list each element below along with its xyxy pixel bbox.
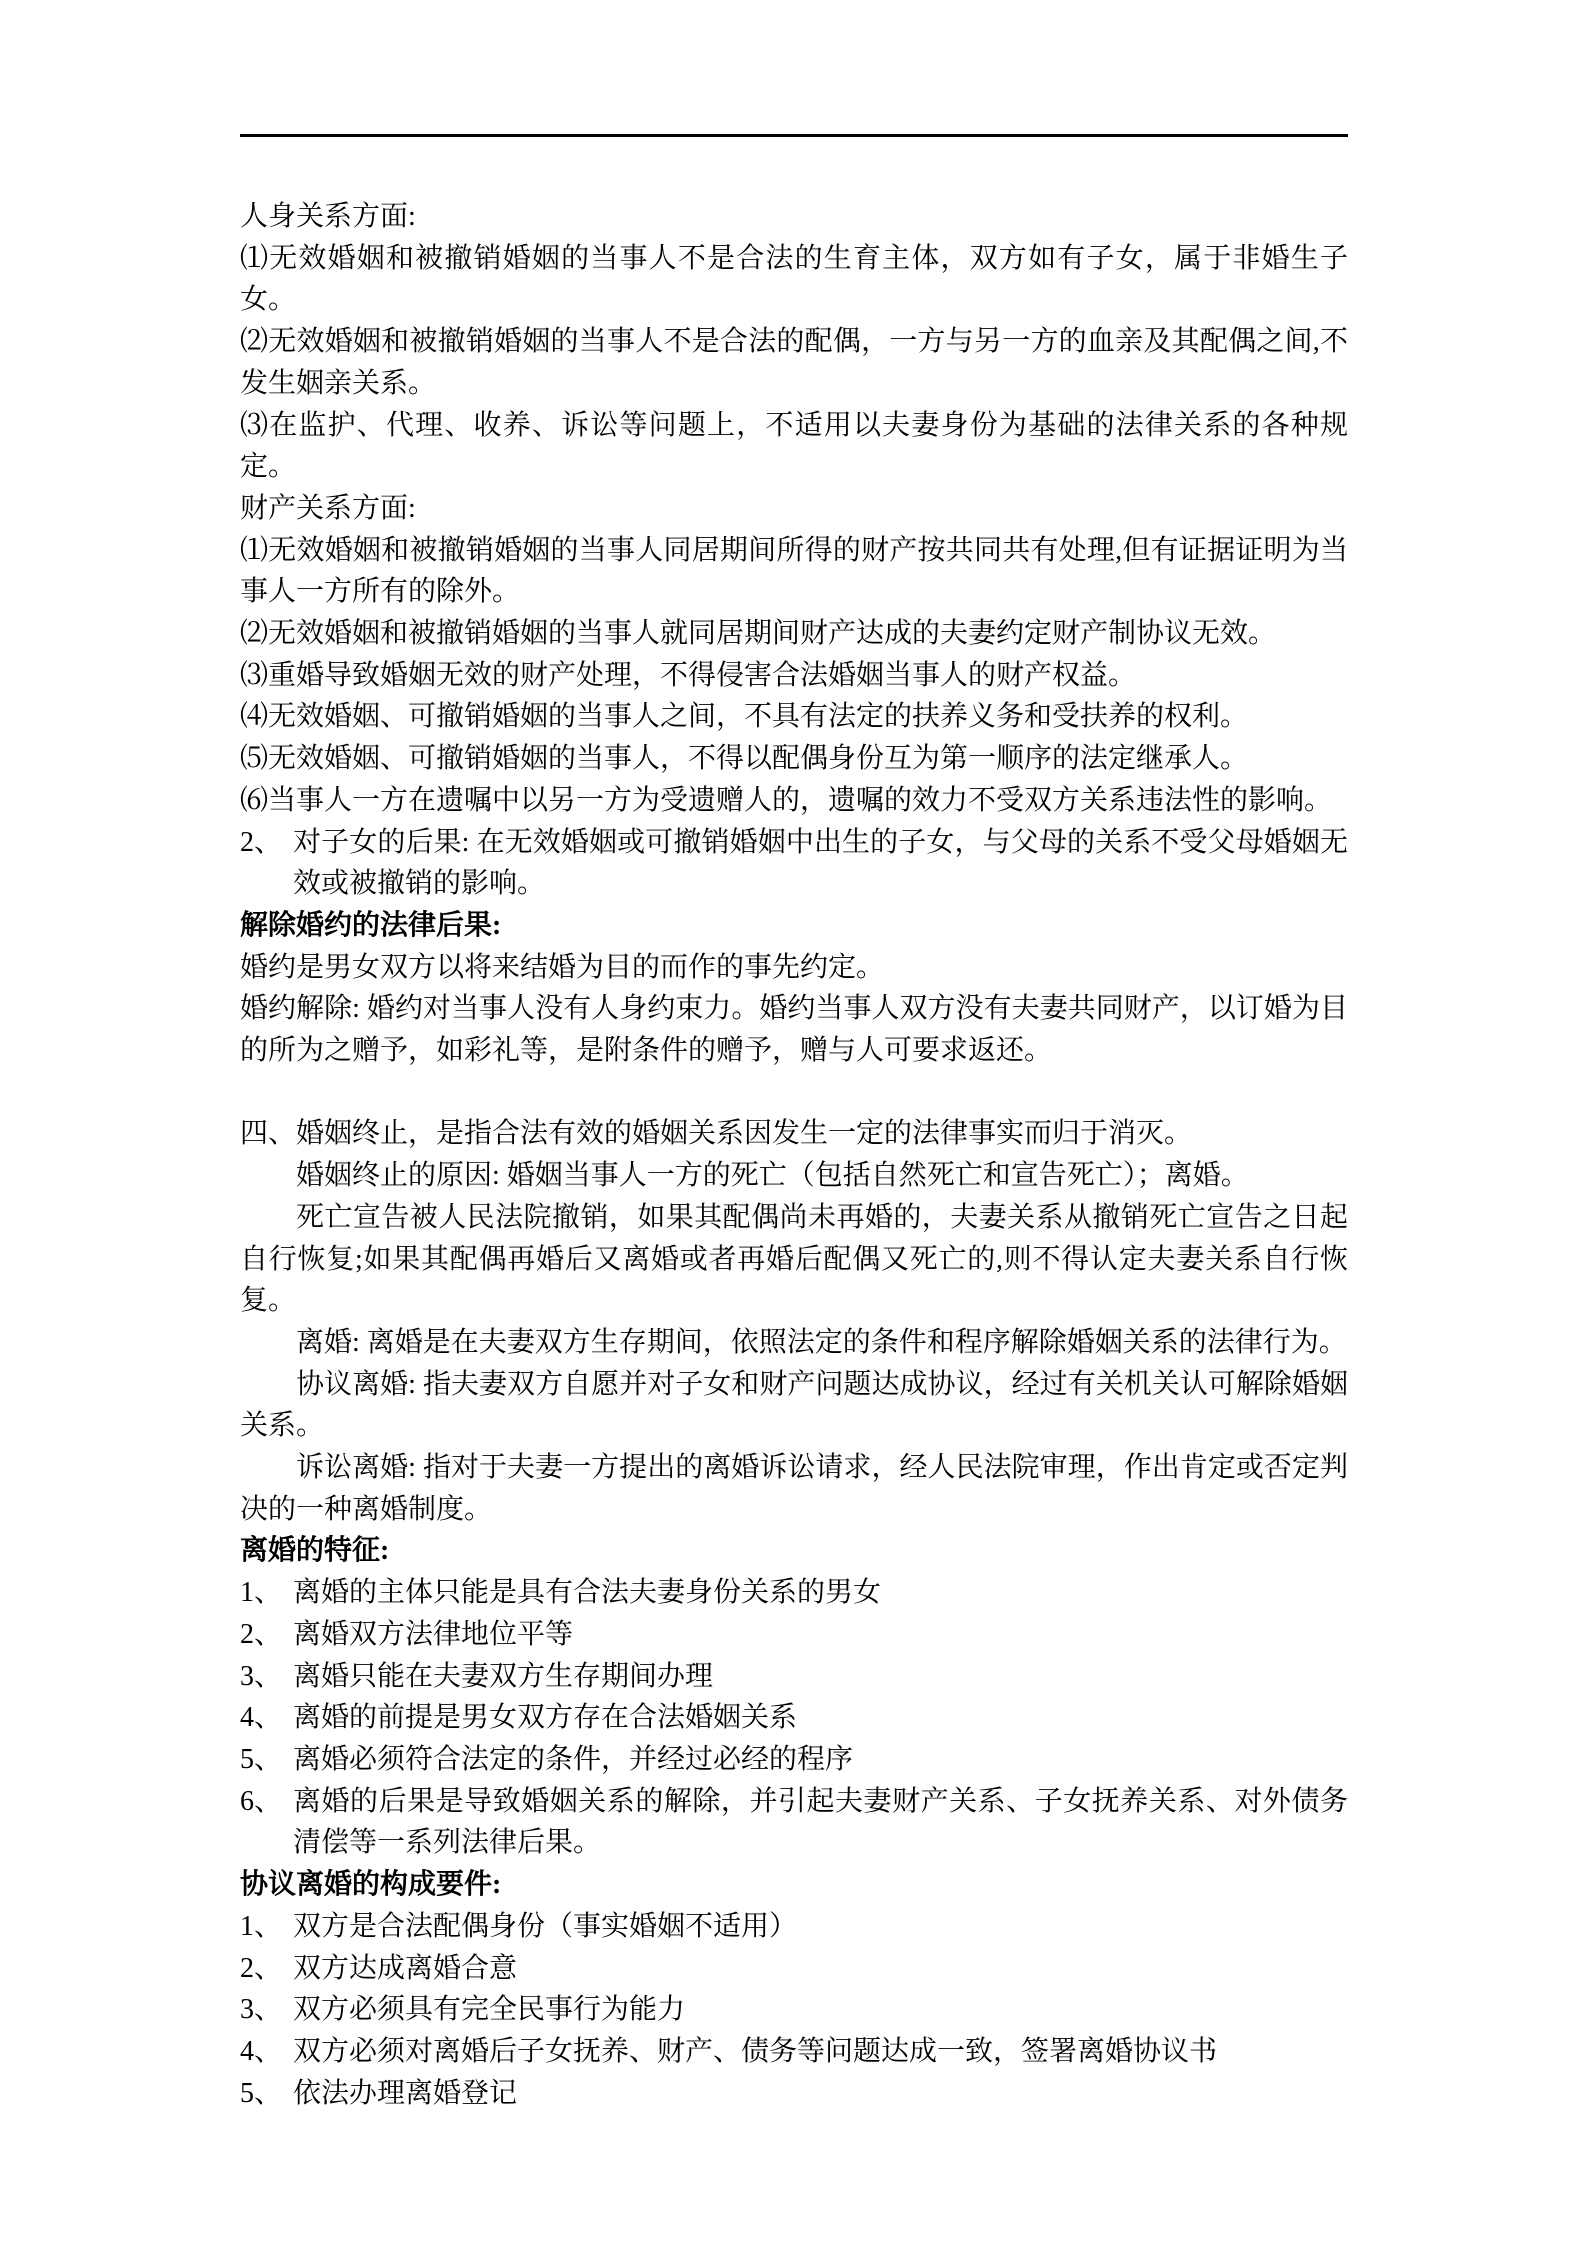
list-item: 3、离婚只能在夫妻双方生存期间办理: [240, 1656, 1348, 1698]
list-item-marker: 3、: [240, 1989, 293, 2031]
paragraph: ⑶重婚导致婚姻无效的财产处理，不得侵害合法婚姻当事人的财产权益。: [240, 655, 1348, 697]
paragraph: ⑴无效婚姻和被撤销婚姻的当事人同居期间所得的财产按共同共有处理,但有证据证明为当…: [240, 530, 1348, 613]
list-item-marker: 5、: [240, 2073, 293, 2115]
paragraph: ⑴无效婚姻和被撤销婚姻的当事人不是合法的生育主体，双方如有子女，属于非婚生子女。: [240, 238, 1348, 321]
list-item-text: 依法办理离婚登记: [293, 2073, 1348, 2115]
document-body: 人身关系方面:⑴无效婚姻和被撤销婚姻的当事人不是合法的生育主体，双方如有子女，属…: [240, 196, 1348, 2114]
list-item: 4、双方必须对离婚后子女抚养、财产、债务等问题达成一致，签署离婚协议书: [240, 2031, 1348, 2073]
paragraph: ⑵无效婚姻和被撤销婚姻的当事人就同居期间财产达成的夫妻约定财产制协议无效。: [240, 613, 1348, 655]
list-item-text: 双方是合法配偶身份（事实婚姻不适用）: [293, 1906, 1348, 1948]
section-heading: 离婚的特征:: [240, 1530, 1348, 1572]
list-item-text: 对子女的后果: 在无效婚姻或可撤销婚姻中出生的子女，与父母的关系不受父母婚姻无效…: [293, 822, 1348, 905]
paragraph: 死亡宣告被人民法院撤销，如果其配偶尚未再婚的，夫妻关系从撤销死亡宣告之日起自行恢…: [240, 1197, 1348, 1322]
list-item-marker: 4、: [240, 2031, 293, 2073]
paragraph: 婚姻终止的原因: 婚姻当事人一方的死亡（包括自然死亡和宣告死亡）；离婚。: [240, 1155, 1348, 1197]
list-item-text: 离婚的后果是导致婚姻关系的解除，并引起夫妻财产关系、子女抚养关系、对外债务清偿等…: [293, 1781, 1348, 1864]
paragraph: 财产关系方面:: [240, 488, 1348, 530]
paragraph: 四、婚姻终止，是指合法有效的婚姻关系因发生一定的法律事实而归于消灭。: [240, 1113, 1348, 1155]
list-item-marker: 3、: [240, 1656, 293, 1698]
paragraph: ⑷无效婚姻、可撤销婚姻的当事人之间，不具有法定的扶养义务和受扶养的权利。: [240, 696, 1348, 738]
list-item-text: 离婚双方法律地位平等: [293, 1614, 1348, 1656]
list-item: 2、双方达成离婚合意: [240, 1948, 1348, 1990]
list-item-marker: 5、: [240, 1739, 293, 1781]
paragraph: 婚约是男女双方以将来结婚为目的而作的事先约定。: [240, 947, 1348, 989]
blank-line: [240, 1072, 1348, 1114]
header-rule: [240, 134, 1348, 137]
list-item: 1、离婚的主体只能是具有合法夫妻身份关系的男女: [240, 1572, 1348, 1614]
list-item-text: 双方必须具有完全民事行为能力: [293, 1989, 1348, 2031]
section-heading: 协议离婚的构成要件:: [240, 1864, 1348, 1906]
list-item: 5、离婚必须符合法定的条件，并经过必经的程序: [240, 1739, 1348, 1781]
list-item-marker: 1、: [240, 1906, 293, 1948]
list-item: 5、依法办理离婚登记: [240, 2073, 1348, 2115]
list-item-text: 离婚只能在夫妻双方生存期间办理: [293, 1656, 1348, 1698]
paragraph: 诉讼离婚: 指对于夫妻一方提出的离婚诉讼请求，经人民法院审理，作出肯定或否定判决…: [240, 1447, 1348, 1530]
paragraph: 离婚: 离婚是在夫妻双方生存期间，依照法定的条件和程序解除婚姻关系的法律行为。: [240, 1322, 1348, 1364]
document-page: 人身关系方面:⑴无效婚姻和被撤销婚姻的当事人不是合法的生育主体，双方如有子女，属…: [0, 0, 1587, 2245]
list-item: 3、双方必须具有完全民事行为能力: [240, 1989, 1348, 2031]
list-item-marker: 4、: [240, 1697, 293, 1739]
list-item: 2、离婚双方法律地位平等: [240, 1614, 1348, 1656]
paragraph: ⑸无效婚姻、可撤销婚姻的当事人，不得以配偶身份互为第一顺序的法定继承人。: [240, 738, 1348, 780]
list-item-text: 离婚的主体只能是具有合法夫妻身份关系的男女: [293, 1572, 1348, 1614]
list-item-marker: 1、: [240, 1572, 293, 1614]
list-item-marker: 2、: [240, 1614, 293, 1656]
list-item: 2、对子女的后果: 在无效婚姻或可撤销婚姻中出生的子女，与父母的关系不受父母婚姻…: [240, 822, 1348, 905]
list-item: 1、双方是合法配偶身份（事实婚姻不适用）: [240, 1906, 1348, 1948]
paragraph: ⑹当事人一方在遗嘱中以另一方为受遗赠人的，遗嘱的效力不受双方关系违法性的影响。: [240, 780, 1348, 822]
paragraph: ⑵无效婚姻和被撤销婚姻的当事人不是合法的配偶，一方与另一方的血亲及其配偶之间,不…: [240, 321, 1348, 404]
list-item-marker: 2、: [240, 1948, 293, 1990]
list-item-text: 双方达成离婚合意: [293, 1948, 1348, 1990]
list-item-text: 双方必须对离婚后子女抚养、财产、债务等问题达成一致，签署离婚协议书: [293, 2031, 1348, 2073]
list-item-marker: 6、: [240, 1781, 293, 1864]
paragraph: 协议离婚: 指夫妻双方自愿并对子女和财产问题达成协议，经过有关机关认可解除婚姻关…: [240, 1364, 1348, 1447]
list-item-text: 离婚的前提是男女双方存在合法婚姻关系: [293, 1697, 1348, 1739]
section-heading: 解除婚约的法律后果:: [240, 905, 1348, 947]
paragraph: ⑶在监护、代理、收养、诉讼等问题上，不适用以夫妻身份为基础的法律关系的各种规定。: [240, 405, 1348, 488]
paragraph: 婚约解除: 婚约对当事人没有人身约束力。婚约当事人双方没有夫妻共同财产，以订婚为…: [240, 988, 1348, 1071]
list-item: 4、离婚的前提是男女双方存在合法婚姻关系: [240, 1697, 1348, 1739]
list-item-text: 离婚必须符合法定的条件，并经过必经的程序: [293, 1739, 1348, 1781]
paragraph: 人身关系方面:: [240, 196, 1348, 238]
list-item: 6、离婚的后果是导致婚姻关系的解除，并引起夫妻财产关系、子女抚养关系、对外债务清…: [240, 1781, 1348, 1864]
list-item-marker: 2、: [240, 822, 293, 905]
